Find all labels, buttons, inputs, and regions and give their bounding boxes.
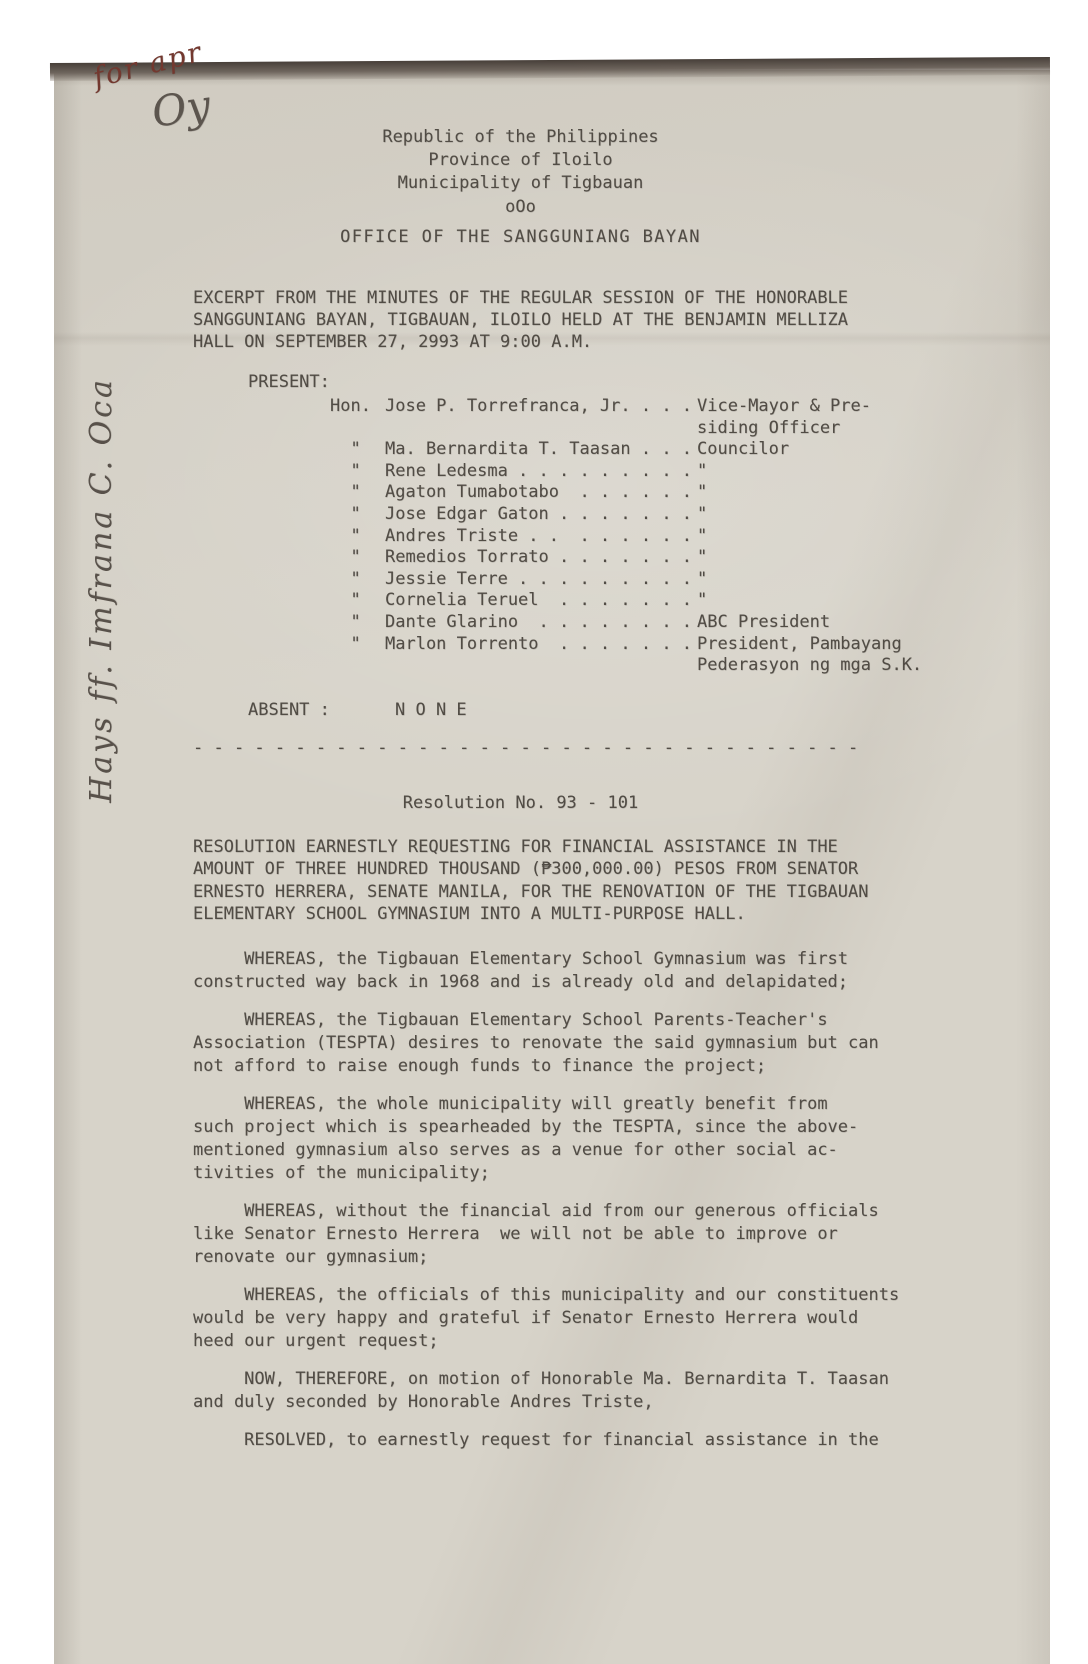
paragraph-line: tivities of the municipality;: [193, 1162, 913, 1185]
attendee-role: Pederasyon ng mga S.K.: [697, 655, 922, 675]
paragraph: WHEREAS, the officials of this municipal…: [193, 1284, 913, 1353]
paragraph-line: Association (TESPTA) desires to renovate…: [193, 1032, 913, 1055]
dashed-divider: - - - - - - - - - - - - - - - - - - - - …: [193, 738, 858, 758]
attendee-name-with-leaders: Jose P. Torrefranca, Jr. . . .: [385, 396, 692, 416]
attendee-prefix: ": [330, 569, 361, 589]
attendee-row: "Cornelia Teruel . . . . . . .": [330, 590, 950, 612]
letterhead-office: OFFICE OF THE SANGGUNIANG BAYAN: [193, 226, 848, 249]
attendee-row: "Andres Triste . . . . . . . .": [330, 526, 950, 548]
resolution-number: Resolution No. 93 - 101: [193, 793, 848, 813]
present-label: PRESENT:: [248, 372, 330, 392]
attendee-row: "Ma. Bernardita T. Taasan . . .Councilor: [330, 439, 950, 461]
paragraph-line: WHEREAS, the Tigbauan Elementary School …: [193, 1009, 913, 1032]
resolution-title-line: AMOUNT OF THREE HUNDRED THOUSAND (₱300,0…: [193, 858, 869, 880]
attendee-name-with-leaders: Cornelia Teruel . . . . . . .: [385, 590, 692, 610]
attendee-prefix: ": [330, 526, 361, 546]
paragraph-line: mentioned gymnasium also serves as a ven…: [193, 1139, 913, 1162]
attendee-role: ": [697, 504, 707, 524]
attendee-row: "Rene Ledesma . . . . . . . . .": [330, 461, 950, 483]
document: for apr Oy Hays ff. Imfrana C. Oca Repub…: [0, 0, 1088, 1664]
letterhead: Republic of the Philippines Province of …: [193, 126, 848, 249]
paragraph: RESOLVED, to earnestly request for finan…: [193, 1429, 913, 1452]
attendee-row: Pederasyon ng mga S.K.: [330, 655, 950, 677]
attendee-prefix: ": [330, 547, 361, 567]
attendee-name-with-leaders: Remedios Torrato . . . . . . .: [385, 547, 692, 567]
attendee-row: "Jessie Terre . . . . . . . . .": [330, 569, 950, 591]
attendee-row: "Remedios Torrato . . . . . . .": [330, 547, 950, 569]
attendee-row: "Marlon Torrento . . . . . . .President,…: [330, 634, 950, 656]
handwritten-margin-signature: Hays ff. Imfrana C. Oca: [67, 280, 137, 900]
attendee-prefix: ": [330, 439, 361, 459]
attendee-role: ABC President: [697, 612, 830, 632]
attendee-prefix: ": [330, 482, 361, 502]
paragraph-line: like Senator Ernesto Herrera we will not…: [193, 1223, 913, 1246]
attendee-prefix: ": [330, 612, 361, 632]
attendee-name-with-leaders: Jose Edgar Gaton . . . . . . .: [385, 504, 692, 524]
attendee-role: President, Pambayang: [697, 634, 902, 654]
attendee-prefix: ": [330, 461, 361, 481]
attendee-prefix: Hon.: [330, 396, 371, 416]
attendee-role: ": [697, 569, 707, 589]
attendee-row: siding Officer: [330, 418, 950, 440]
resolution-title-line: RESOLUTION EARNESTLY REQUESTING FOR FINA…: [193, 836, 869, 858]
paragraph: WHEREAS, the whole municipality will gre…: [193, 1093, 913, 1185]
session-excerpt-line: EXCERPT FROM THE MINUTES OF THE REGULAR …: [193, 287, 848, 309]
session-excerpt-line: SANGGUNIANG BAYAN, TIGBAUAN, ILOILO HELD…: [193, 309, 848, 331]
attendee-name-with-leaders: Marlon Torrento . . . . . . .: [385, 634, 692, 654]
attendee-role: Councilor: [697, 439, 789, 459]
attendee-row: Hon.Jose P. Torrefranca, Jr. . . .Vice-M…: [330, 396, 950, 418]
letterhead-municipality: Municipality of Tigbauan: [193, 172, 848, 195]
attendee-name-with-leaders: Agaton Tumabotabo . . . . . .: [385, 482, 692, 502]
paragraph-line: constructed way back in 1968 and is alre…: [193, 971, 913, 994]
letterhead-republic: Republic of the Philippines: [193, 126, 848, 149]
attendee-role: siding Officer: [697, 418, 840, 438]
paragraph-line: not afford to raise enough funds to fina…: [193, 1055, 913, 1078]
paragraph-line: such project which is spearheaded by the…: [193, 1116, 913, 1139]
attendee-role: Vice-Mayor & Pre-: [697, 396, 871, 416]
paragraph: WHEREAS, without the financial aid from …: [193, 1200, 913, 1269]
paragraph-line: renovate our gymnasium;: [193, 1246, 913, 1269]
attendee-prefix: ": [330, 590, 361, 610]
attendee-name-with-leaders: Dante Glarino . . . . . . . .: [385, 612, 692, 632]
paragraph-line: RESOLVED, to earnestly request for finan…: [193, 1429, 913, 1452]
paragraph-line: WHEREAS, the Tigbauan Elementary School …: [193, 948, 913, 971]
paragraph-line: heed our urgent request;: [193, 1330, 913, 1353]
attendee-name-with-leaders: Jessie Terre . . . . . . . . .: [385, 569, 692, 589]
attendee-name-with-leaders: Andres Triste . . . . . . . .: [385, 526, 692, 546]
resolution-title-line: ELEMENTARY SCHOOL GYMNASIUM INTO A MULTI…: [193, 903, 869, 925]
paragraph-line: WHEREAS, the whole municipality will gre…: [193, 1093, 913, 1116]
attendee-prefix: ": [330, 634, 361, 654]
paragraph-line: WHEREAS, without the financial aid from …: [193, 1200, 913, 1223]
absent-value: N O N E: [395, 700, 467, 720]
paragraph: NOW, THEREFORE, on motion of Honorable M…: [193, 1368, 913, 1414]
attendee-name-with-leaders: Ma. Bernardita T. Taasan . . .: [385, 439, 692, 459]
attendee-row: "Agaton Tumabotabo . . . . . .": [330, 482, 950, 504]
attendee-prefix: ": [330, 504, 361, 524]
attendee-role: ": [697, 482, 707, 502]
attendee-name-with-leaders: Rene Ledesma . . . . . . . . .: [385, 461, 692, 481]
attendee-row: "Dante Glarino . . . . . . . .ABC Presid…: [330, 612, 950, 634]
paragraph-line: would be very happy and grateful if Sena…: [193, 1307, 913, 1330]
paragraph-line: NOW, THEREFORE, on motion of Honorable M…: [193, 1368, 913, 1391]
attendee-role: ": [697, 461, 707, 481]
session-excerpt: EXCERPT FROM THE MINUTES OF THE REGULAR …: [193, 287, 848, 353]
paragraph-line: WHEREAS, the officials of this municipal…: [193, 1284, 913, 1307]
resolution-title-line: ERNESTO HERRERA, SENATE MANILA, FOR THE …: [193, 881, 869, 903]
paragraph: WHEREAS, the Tigbauan Elementary School …: [193, 1009, 913, 1078]
letterhead-province: Province of Iloilo: [193, 149, 848, 172]
session-excerpt-line: HALL ON SEPTEMBER 27, 2993 AT 9:00 A.M.: [193, 331, 848, 353]
attendee-row: "Jose Edgar Gaton . . . . . . .": [330, 504, 950, 526]
absent-label: ABSENT :: [248, 700, 330, 720]
resolution-body: WHEREAS, the Tigbauan Elementary School …: [193, 948, 913, 1467]
present-list: Hon.Jose P. Torrefranca, Jr. . . .Vice-M…: [330, 396, 950, 677]
attendee-role: ": [697, 547, 707, 567]
paragraph: WHEREAS, the Tigbauan Elementary School …: [193, 948, 913, 994]
attendee-role: ": [697, 526, 707, 546]
resolution-title: RESOLUTION EARNESTLY REQUESTING FOR FINA…: [193, 836, 869, 925]
attendee-role: ": [697, 590, 707, 610]
letterhead-separator: oOo: [193, 196, 848, 219]
paragraph-line: and duly seconded by Honorable Andres Tr…: [193, 1391, 913, 1414]
